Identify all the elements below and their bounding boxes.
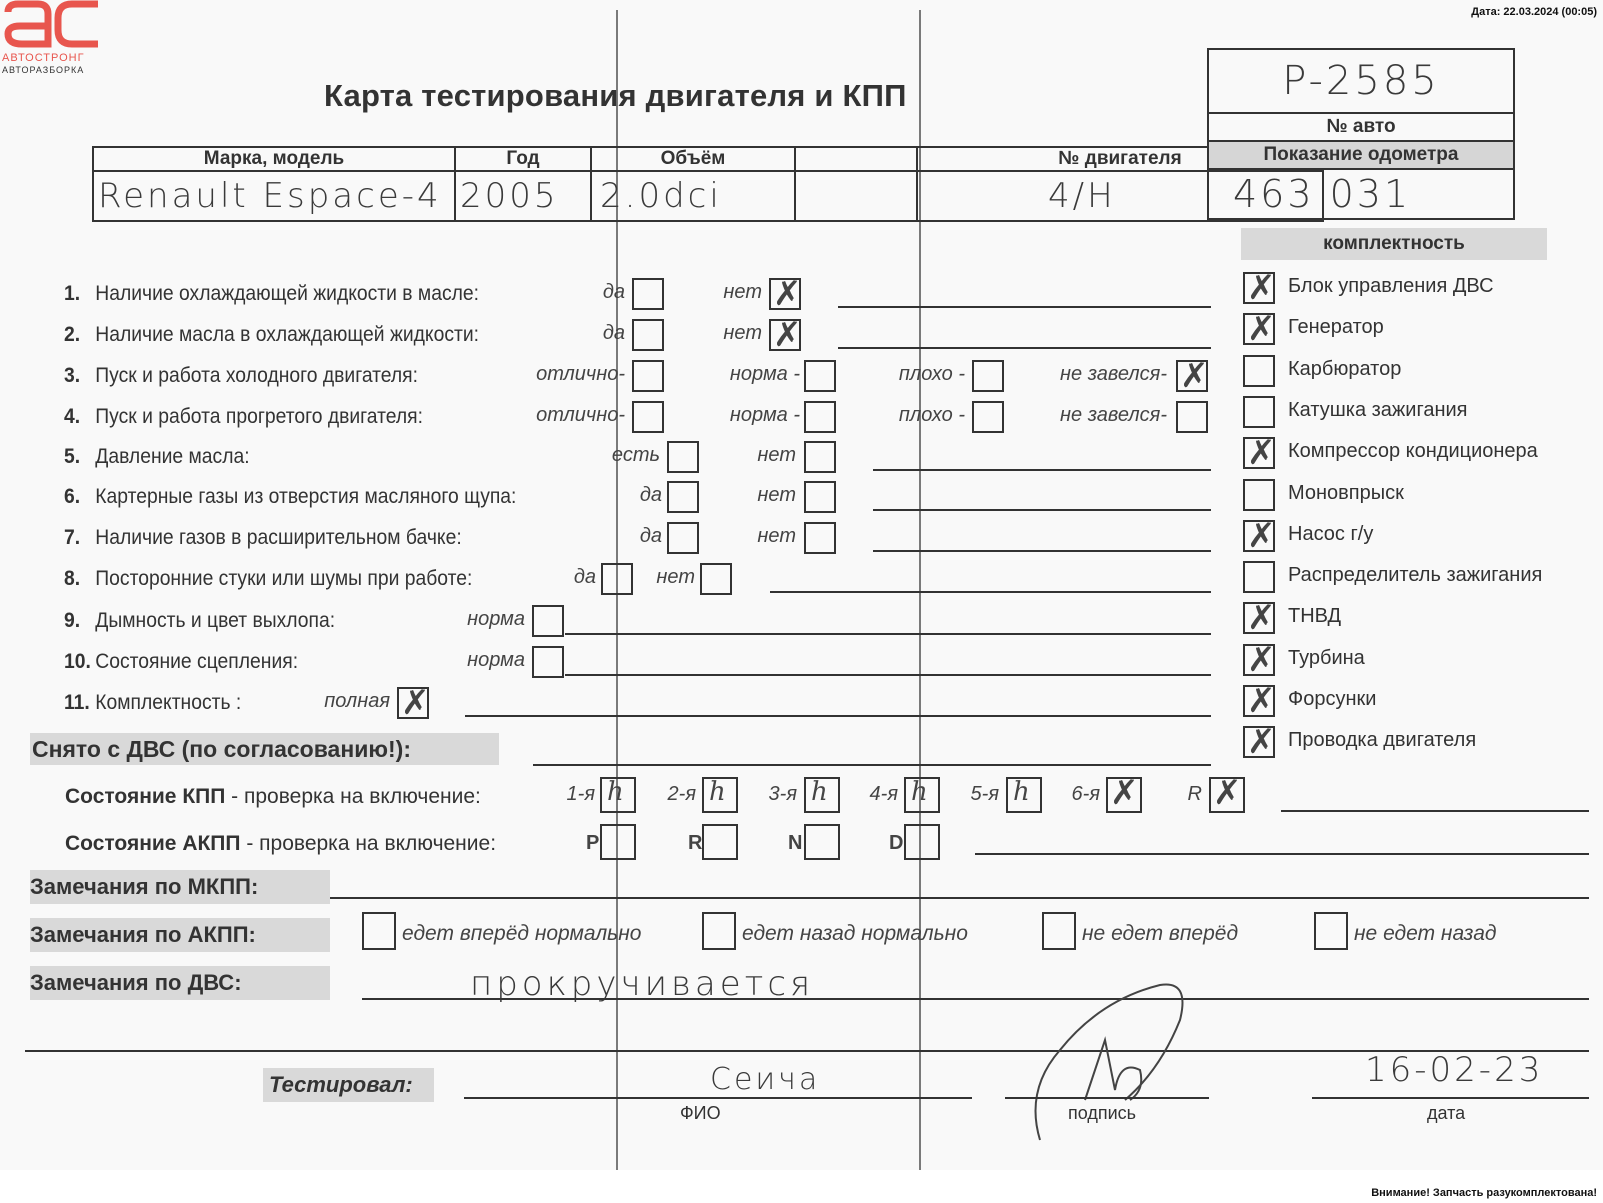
akpp-remarks-label: Замечания по АКПП: <box>30 918 330 952</box>
question-text: Картерные газы из отверстия масляного щу… <box>95 485 516 508</box>
footer-warning: Внимание! Запчасть разукомплектована! <box>1371 1187 1597 1199</box>
question-4: 4.Пуск и работа прогретого двигателя: <box>64 405 423 429</box>
option-checkbox[interactable] <box>972 360 1004 392</box>
option-checkbox[interactable] <box>632 401 664 433</box>
gear-label: R <box>1188 783 1202 806</box>
dvs-remarks-label: Замечания по ДВС: <box>30 966 330 1000</box>
akpp-position-checkbox[interactable] <box>600 824 636 860</box>
option-checkbox[interactable] <box>532 646 564 678</box>
option-checkbox[interactable] <box>804 441 836 473</box>
gear-checkbox[interactable] <box>1006 777 1042 813</box>
akpp-remark-checkbox[interactable] <box>1042 912 1076 950</box>
gear-checkbox[interactable] <box>1106 777 1142 813</box>
tester-name-line[interactable] <box>464 1097 972 1099</box>
akpp-position-label: D <box>889 832 903 855</box>
kit-heading: комплектность <box>1241 228 1547 260</box>
option-checkbox[interactable] <box>804 481 836 513</box>
akpp-remark-label: не едет вперёд <box>1082 922 1238 946</box>
logo-subtitle: АВТОРАЗБОРКА <box>2 65 84 75</box>
question-number: 10. <box>64 650 95 674</box>
akpp-remark-checkbox[interactable] <box>1314 912 1348 950</box>
kit-checkbox[interactable] <box>1243 437 1275 469</box>
question-number: 3. <box>64 364 95 388</box>
question-8: 8.Посторонние стуки или шумы при работе: <box>64 567 472 591</box>
question-1: 1.Наличие охлаждающей жидкости в масле: <box>64 282 479 306</box>
kit-item-label: Турбина <box>1288 647 1365 670</box>
option-label: нет <box>757 444 796 467</box>
kit-checkbox[interactable] <box>1243 644 1275 676</box>
question-number: 7. <box>64 526 95 550</box>
option-label: не завелся- <box>1060 404 1167 427</box>
kit-item-label: Насос г/у <box>1288 523 1373 546</box>
kit-item-label: ТНВД <box>1288 605 1341 628</box>
option-checkbox[interactable] <box>804 401 836 433</box>
akpp-remark-label: едет назад нормально <box>742 922 968 946</box>
make-model-value[interactable]: Renault Espace-4 <box>93 171 455 221</box>
kit-checkbox[interactable] <box>1243 602 1275 634</box>
question-text: Посторонние стуки или шумы при работе: <box>95 567 472 590</box>
question-text: Пуск и работа холодного двигателя: <box>95 364 418 387</box>
question-number: 5. <box>64 445 95 469</box>
odometer-value[interactable]: 463 031 <box>1209 170 1513 220</box>
signature-scribble-icon[interactable] <box>1030 980 1200 1150</box>
tester-name-value[interactable]: Сеича <box>710 1062 820 1097</box>
answer-line[interactable] <box>838 306 1211 308</box>
option-checkbox[interactable] <box>601 563 633 595</box>
akpp-position-label: P <box>586 832 599 855</box>
akpp-position-label: N <box>788 832 802 855</box>
removed-line[interactable] <box>533 764 1211 766</box>
question-10: 10.Состояние сцепления: <box>64 650 298 674</box>
option-checkbox[interactable] <box>397 687 429 719</box>
option-label: плохо - <box>899 363 965 386</box>
plate-label: № авто <box>1209 114 1513 142</box>
option-label: нет <box>723 281 762 304</box>
question-text: Наличие масла в охлаждающей жидкости: <box>95 323 479 346</box>
option-checkbox[interactable] <box>632 278 664 310</box>
question-text: Давление масла: <box>95 445 249 468</box>
kit-checkbox[interactable] <box>1243 685 1275 717</box>
manual-gearbox-label-bold: Состояние КПП <box>65 785 225 808</box>
option-label: нет <box>656 566 695 589</box>
answer-line[interactable] <box>465 715 1211 717</box>
answer-line[interactable] <box>873 550 1211 552</box>
akpp-position-checkbox[interactable] <box>904 824 940 860</box>
question-number: 8. <box>64 567 95 591</box>
question-number: 2. <box>64 323 95 347</box>
gear-checkbox[interactable] <box>600 777 636 813</box>
kit-checkbox[interactable] <box>1243 479 1275 511</box>
option-label: да <box>640 484 662 507</box>
gear-label: 3-я <box>769 783 797 806</box>
option-label: отлично- <box>536 404 625 427</box>
option-checkbox[interactable] <box>532 605 564 637</box>
question-5: 5.Давление масла: <box>64 445 250 469</box>
question-text: Наличие газов в расширительном бачке: <box>95 526 461 549</box>
answer-line[interactable] <box>770 591 1211 593</box>
gear-checkbox[interactable] <box>1209 777 1245 813</box>
header-volume: Объём <box>591 147 795 171</box>
auto-gearbox-label-bold: Состояние АКПП <box>65 832 241 855</box>
option-checkbox[interactable] <box>804 360 836 392</box>
logo-brand-name: АВТОСТРОНГ <box>2 52 85 64</box>
option-label: норма - <box>730 404 800 427</box>
akpp-remark-label: не едет назад <box>1354 922 1496 946</box>
option-checkbox[interactable] <box>632 319 664 351</box>
kit-checkbox[interactable] <box>1243 355 1275 387</box>
signature-line[interactable] <box>1005 1097 1209 1099</box>
option-checkbox[interactable] <box>769 319 801 351</box>
option-label: плохо - <box>899 404 965 427</box>
tested-by-label: Тестировал: <box>263 1068 434 1102</box>
manual-gearbox-label: Состояние КПП - проверка на включение: <box>65 785 481 809</box>
plate-value[interactable]: P-2585 <box>1209 50 1513 114</box>
kit-item-label: Генератор <box>1288 316 1384 339</box>
gear-label: 5-я <box>971 783 999 806</box>
odometer-label: Показание одометра <box>1209 142 1513 170</box>
option-checkbox[interactable] <box>632 360 664 392</box>
gear-label: 6-я <box>1072 783 1100 806</box>
option-checkbox[interactable] <box>700 563 732 595</box>
question-number: 9. <box>64 609 95 633</box>
kit-checkbox[interactable] <box>1243 520 1275 552</box>
kit-item-label: Распределитель зажигания <box>1288 564 1542 587</box>
option-checkbox[interactable] <box>1176 401 1208 433</box>
question-text: Пуск и работа прогретого двигателя: <box>95 405 423 428</box>
question-text: Дымность и цвет выхлопа: <box>95 609 335 632</box>
option-label: нет <box>723 322 762 345</box>
question-11: 11.Комплектность : <box>64 691 241 715</box>
question-number: 1. <box>64 282 95 306</box>
kit-item-label: Форсунки <box>1288 688 1376 711</box>
header-blank <box>795 147 917 171</box>
akpp-remark-checkbox[interactable] <box>362 912 396 950</box>
option-label: не завелся- <box>1060 363 1167 386</box>
option-checkbox[interactable] <box>667 441 699 473</box>
question-number: 4. <box>64 405 95 429</box>
gearbox-line[interactable] <box>1281 810 1589 812</box>
akpp-position-checkbox[interactable] <box>702 824 738 860</box>
option-label: норма <box>467 608 525 631</box>
removed-section-label: Снято с ДВС (по согласованию!): <box>30 733 499 765</box>
print-date: Дата: 22.03.2024 (00:05) <box>1471 6 1597 18</box>
option-checkbox[interactable] <box>769 278 801 310</box>
manual-gearbox-label-rest: - проверка на включение: <box>225 785 481 808</box>
option-label: да <box>603 322 625 345</box>
option-checkbox[interactable] <box>667 481 699 513</box>
blank-value <box>795 171 917 221</box>
vehicle-info-table: Марка, модель Год Объём № двигателя Rena… <box>92 146 1324 222</box>
test-date-line[interactable] <box>1312 1097 1589 1099</box>
header-make-model: Марка, модель <box>93 147 455 171</box>
option-label: полная <box>324 690 390 713</box>
option-label: нет <box>757 525 796 548</box>
akpp-remark-label: едет вперёд нормально <box>402 922 641 946</box>
gear-label: 1-я <box>567 783 595 806</box>
akpp-remark-checkbox[interactable] <box>702 912 736 950</box>
gear-label: 2-я <box>668 783 696 806</box>
auto-gearbox-label-rest: - проверка на включение: <box>241 832 497 855</box>
question-2: 2.Наличие масла в охлаждающей жидкости: <box>64 323 479 347</box>
volume-value[interactable]: 2.0dci <box>591 171 795 221</box>
test-date-value[interactable]: 16-02-23 <box>1365 1050 1543 1090</box>
option-label: есть <box>612 444 660 467</box>
question-3: 3.Пуск и работа холодного двигателя: <box>64 364 418 388</box>
option-label: нет <box>757 484 796 507</box>
answer-line[interactable] <box>873 509 1211 511</box>
signature-caption: подпись <box>1068 1103 1136 1124</box>
akpp-line[interactable] <box>975 853 1589 855</box>
gear-label: 4-я <box>870 783 898 806</box>
option-label: норма <box>467 649 525 672</box>
dvs-remarks-line[interactable] <box>362 998 1589 1000</box>
autostrong-logo-icon <box>2 0 102 48</box>
question-text: Комплектность : <box>95 691 241 714</box>
kit-checkbox[interactable] <box>1243 726 1275 758</box>
option-label: норма - <box>730 363 800 386</box>
akpp-position-label: R <box>688 832 702 855</box>
page-title: Карта тестирования двигателя и КПП <box>324 78 907 114</box>
gear-checkbox[interactable] <box>804 777 840 813</box>
kit-item-label: Катушка зажигания <box>1288 399 1468 422</box>
dvs-remarks-line-2[interactable] <box>25 1050 1589 1052</box>
answer-line[interactable] <box>565 633 1211 635</box>
option-checkbox[interactable] <box>667 522 699 554</box>
option-checkbox[interactable] <box>804 522 836 554</box>
question-number: 11. <box>64 691 95 715</box>
option-label: отлично- <box>536 363 625 386</box>
question-7: 7.Наличие газов в расширительном бачке: <box>64 526 462 550</box>
question-text: Состояние сцепления: <box>95 650 298 673</box>
kit-item-label: Компрессор кондиционера <box>1288 440 1538 463</box>
auto-number-box: P-2585 № авто Показание одометра 463 031 <box>1207 48 1515 220</box>
gear-checkbox[interactable] <box>904 777 940 813</box>
option-label: да <box>640 525 662 548</box>
question-6: 6.Картерные газы из отверстия масляного … <box>64 485 516 509</box>
kit-checkbox[interactable] <box>1243 313 1275 345</box>
mkpp-remarks-line[interactable] <box>330 897 1589 899</box>
option-checkbox[interactable] <box>972 401 1004 433</box>
kit-item-label: Проводка двигателя <box>1288 729 1476 752</box>
kit-checkbox[interactable] <box>1243 561 1275 593</box>
option-label: да <box>603 281 625 304</box>
answer-line[interactable] <box>873 469 1211 471</box>
kit-item-label: Карбюратор <box>1288 358 1401 381</box>
test-date-caption: дата <box>1427 1103 1465 1124</box>
option-label: да <box>574 566 596 589</box>
kit-item-label: Моновпрыск <box>1288 482 1404 505</box>
header-year: Год <box>455 147 591 171</box>
question-number: 6. <box>64 485 95 509</box>
answer-line[interactable] <box>565 674 1211 676</box>
answer-line[interactable] <box>838 347 1211 349</box>
kit-checkbox[interactable] <box>1243 396 1275 428</box>
kit-item-label: Блок управления ДВС <box>1288 275 1494 298</box>
year-value[interactable]: 2005 <box>455 171 591 221</box>
auto-gearbox-label: Состояние АКПП - проверка на включение: <box>65 832 496 856</box>
tester-name-caption: ФИО <box>680 1103 721 1124</box>
mkpp-remarks-label: Замечания по МКПП: <box>30 870 330 904</box>
option-checkbox[interactable] <box>1176 360 1208 392</box>
akpp-position-checkbox[interactable] <box>804 824 840 860</box>
question-9: 9.Дымность и цвет выхлопа: <box>64 609 335 633</box>
question-text: Наличие охлаждающей жидкости в масле: <box>95 282 479 305</box>
kit-checkbox[interactable] <box>1243 272 1275 304</box>
gear-checkbox[interactable] <box>702 777 738 813</box>
